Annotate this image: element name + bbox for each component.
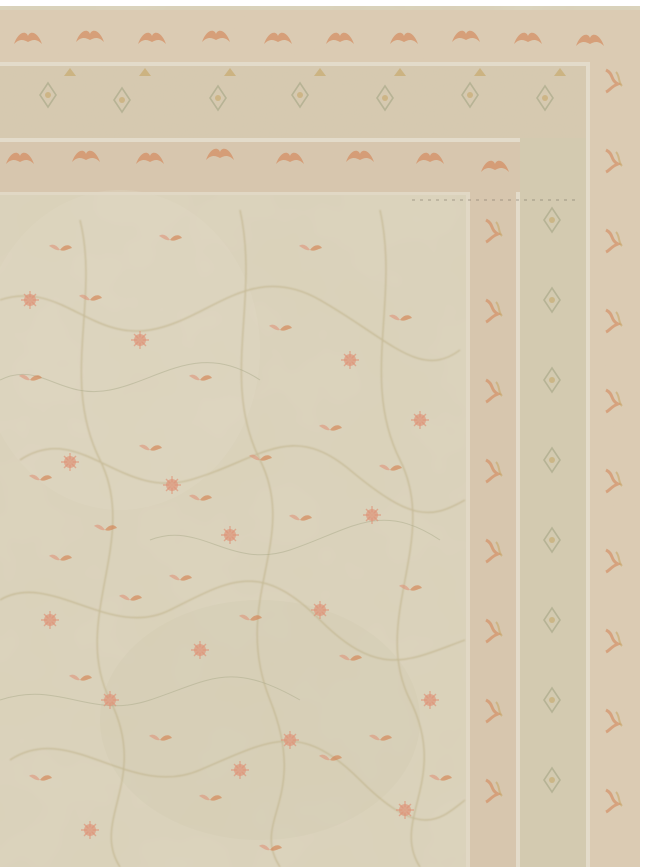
- rug-artwork: [0, 6, 640, 867]
- rug-photo: [0, 6, 640, 867]
- photo-stage: [0, 0, 650, 867]
